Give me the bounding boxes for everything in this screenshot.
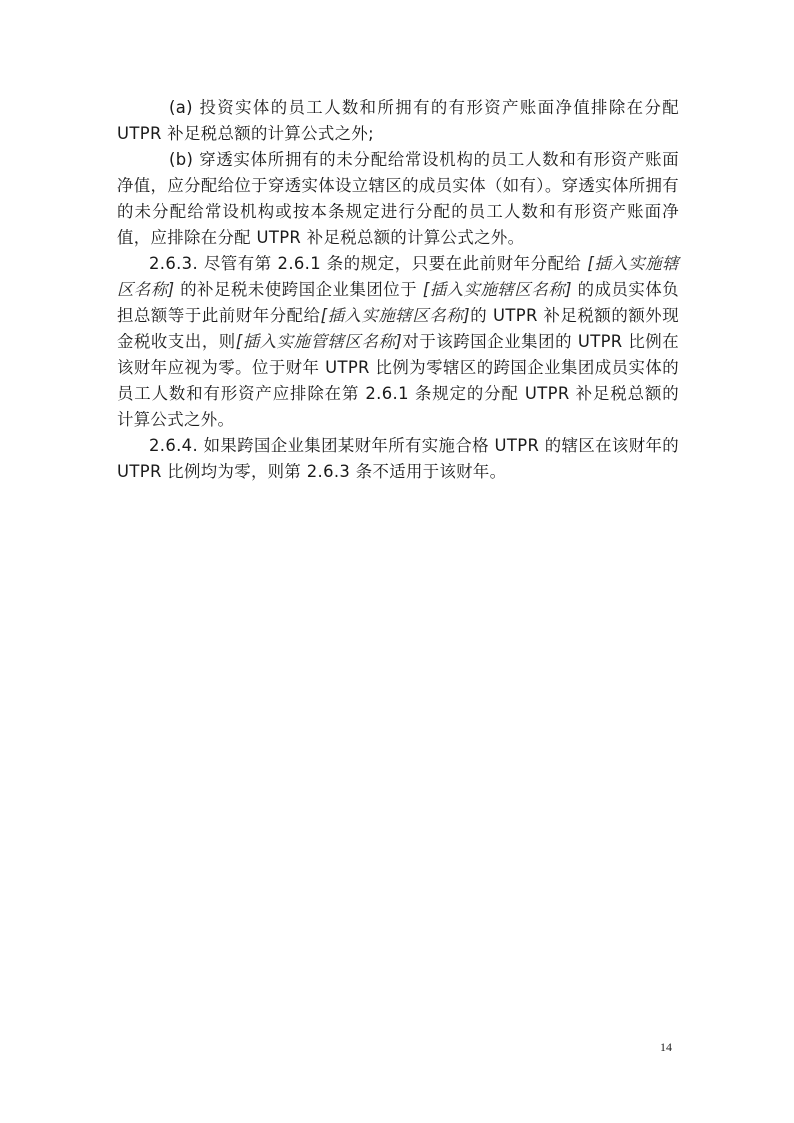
paragraph-a-text: (a) 投资实体的员工人数和所拥有的有形资产账面净值排除在分配 UTPR 补足税…	[117, 98, 679, 143]
paragraph-text: 的补足税未使跨国企业集团位于	[175, 280, 423, 299]
placeholder-jurisdiction-name: [插入实施辖区名称]	[321, 306, 470, 325]
placeholder-jurisdiction-name: [插入实施辖区名称]	[423, 280, 572, 299]
paragraph-text: 2.6.3. 尽管有第 2.6.1 条的规定，只要在此前财年分配给	[149, 254, 587, 273]
paragraph-2-6-3: 2.6.3. 尽管有第 2.6.1 条的规定，只要在此前财年分配给 [插入实施辖…	[117, 251, 679, 433]
paragraph-b-text: (b) 穿透实体所拥有的未分配给常设机构的员工人数和有形资产账面净值，应分配给位…	[117, 150, 679, 247]
document-body: (a) 投资实体的员工人数和所拥有的有形资产账面净值排除在分配 UTPR 补足税…	[117, 95, 679, 485]
paragraph-text: 2.6.4. 如果跨国企业集团某财年所有实施合格 UTPR 的辖区在该财年的 U…	[117, 436, 679, 481]
paragraph-a: (a) 投资实体的员工人数和所拥有的有形资产账面净值排除在分配 UTPR 补足税…	[117, 95, 679, 147]
document-page: (a) 投资实体的员工人数和所拥有的有形资产账面净值排除在分配 UTPR 补足税…	[0, 0, 794, 1123]
paragraph-b: (b) 穿透实体所拥有的未分配给常设机构的员工人数和有形资产账面净值，应分配给位…	[117, 147, 679, 251]
paragraph-2-6-4: 2.6.4. 如果跨国企业集团某财年所有实施合格 UTPR 的辖区在该财年的 U…	[117, 433, 679, 485]
page-number: 14	[660, 1040, 672, 1055]
placeholder-jurisdiction-name: [插入实施管辖区名称]	[236, 332, 402, 351]
